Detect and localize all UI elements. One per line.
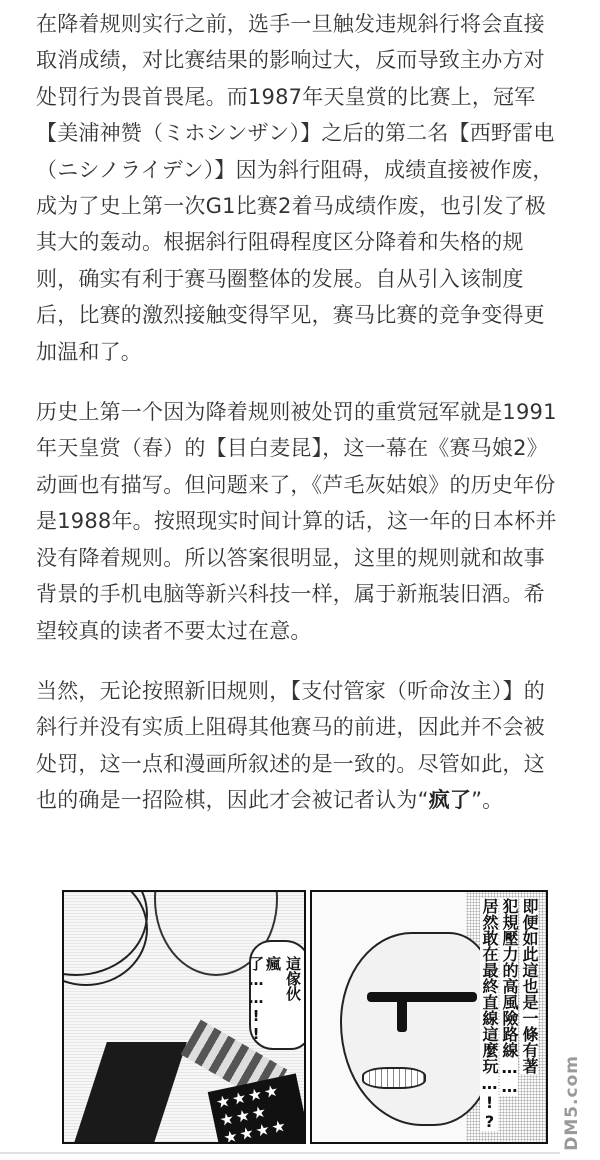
paragraph-conclusion: 当然，无论按照新旧规则，【支付管家（听命汝主）】的斜行并没有实质上阻碍其他赛马的… bbox=[36, 673, 564, 819]
divider bbox=[0, 1152, 560, 1154]
caption-col3: 居然敢在最終直線這麼玩…!? bbox=[480, 898, 498, 1131]
paragraph-penalty-history: 在降着规则实行之前，选手一旦触发违规斜行将会直接取消成绩，对比赛结果的影响过大，… bbox=[36, 6, 564, 370]
dark-cloth bbox=[71, 1042, 187, 1144]
caption-col2: 犯規壓力的高風險路線…… bbox=[500, 898, 518, 1096]
manga-panel-right: 即便如此這也是一條有著 犯規壓力的高風險路線…… 居然敢在最終直線這麼玩…!? bbox=[310, 890, 548, 1144]
manga-panel-left: ★★★★ ★★★ ★★★★ ★★★ 這傢伙 瘋了……!! bbox=[62, 890, 306, 1144]
face-profile bbox=[340, 932, 494, 1126]
glasses-frame bbox=[397, 992, 407, 1032]
emphasis-text: 疯了 bbox=[429, 788, 471, 812]
bubble-text-col1: 這傢伙 bbox=[284, 956, 301, 1001]
speech-bubble: 這傢伙 瘋了……!! bbox=[249, 940, 306, 1050]
paragraph-conclusion-end: ”。 bbox=[471, 788, 503, 812]
bubble-text-col2: 瘋了……!! bbox=[247, 956, 281, 1048]
caption-col1: 即便如此這也是一條有著 bbox=[520, 898, 538, 1074]
article-body: 在降着规则实行之前，选手一旦触发违规斜行将会直接取消成绩，对比赛结果的影响过大，… bbox=[36, 6, 564, 843]
gritted-teeth bbox=[362, 1067, 426, 1089]
hair-strand bbox=[62, 890, 148, 986]
stars-pattern: ★★★★ ★★★ ★★★★ ★★★ bbox=[208, 1073, 306, 1144]
glasses bbox=[367, 992, 477, 1002]
manga-figure: ★★★★ ★★★ ★★★★ ★★★ 這傢伙 瘋了……!! 即便如此這也是一條有著… bbox=[60, 890, 550, 1148]
watermark-logo: DM5.com bbox=[562, 1055, 582, 1151]
paragraph-mejiro-mcqueen: 历史上第一个因为降着规则被处罚的重赏冠军就是1991年天皇赏（春）的【目白麦昆】… bbox=[36, 394, 564, 649]
